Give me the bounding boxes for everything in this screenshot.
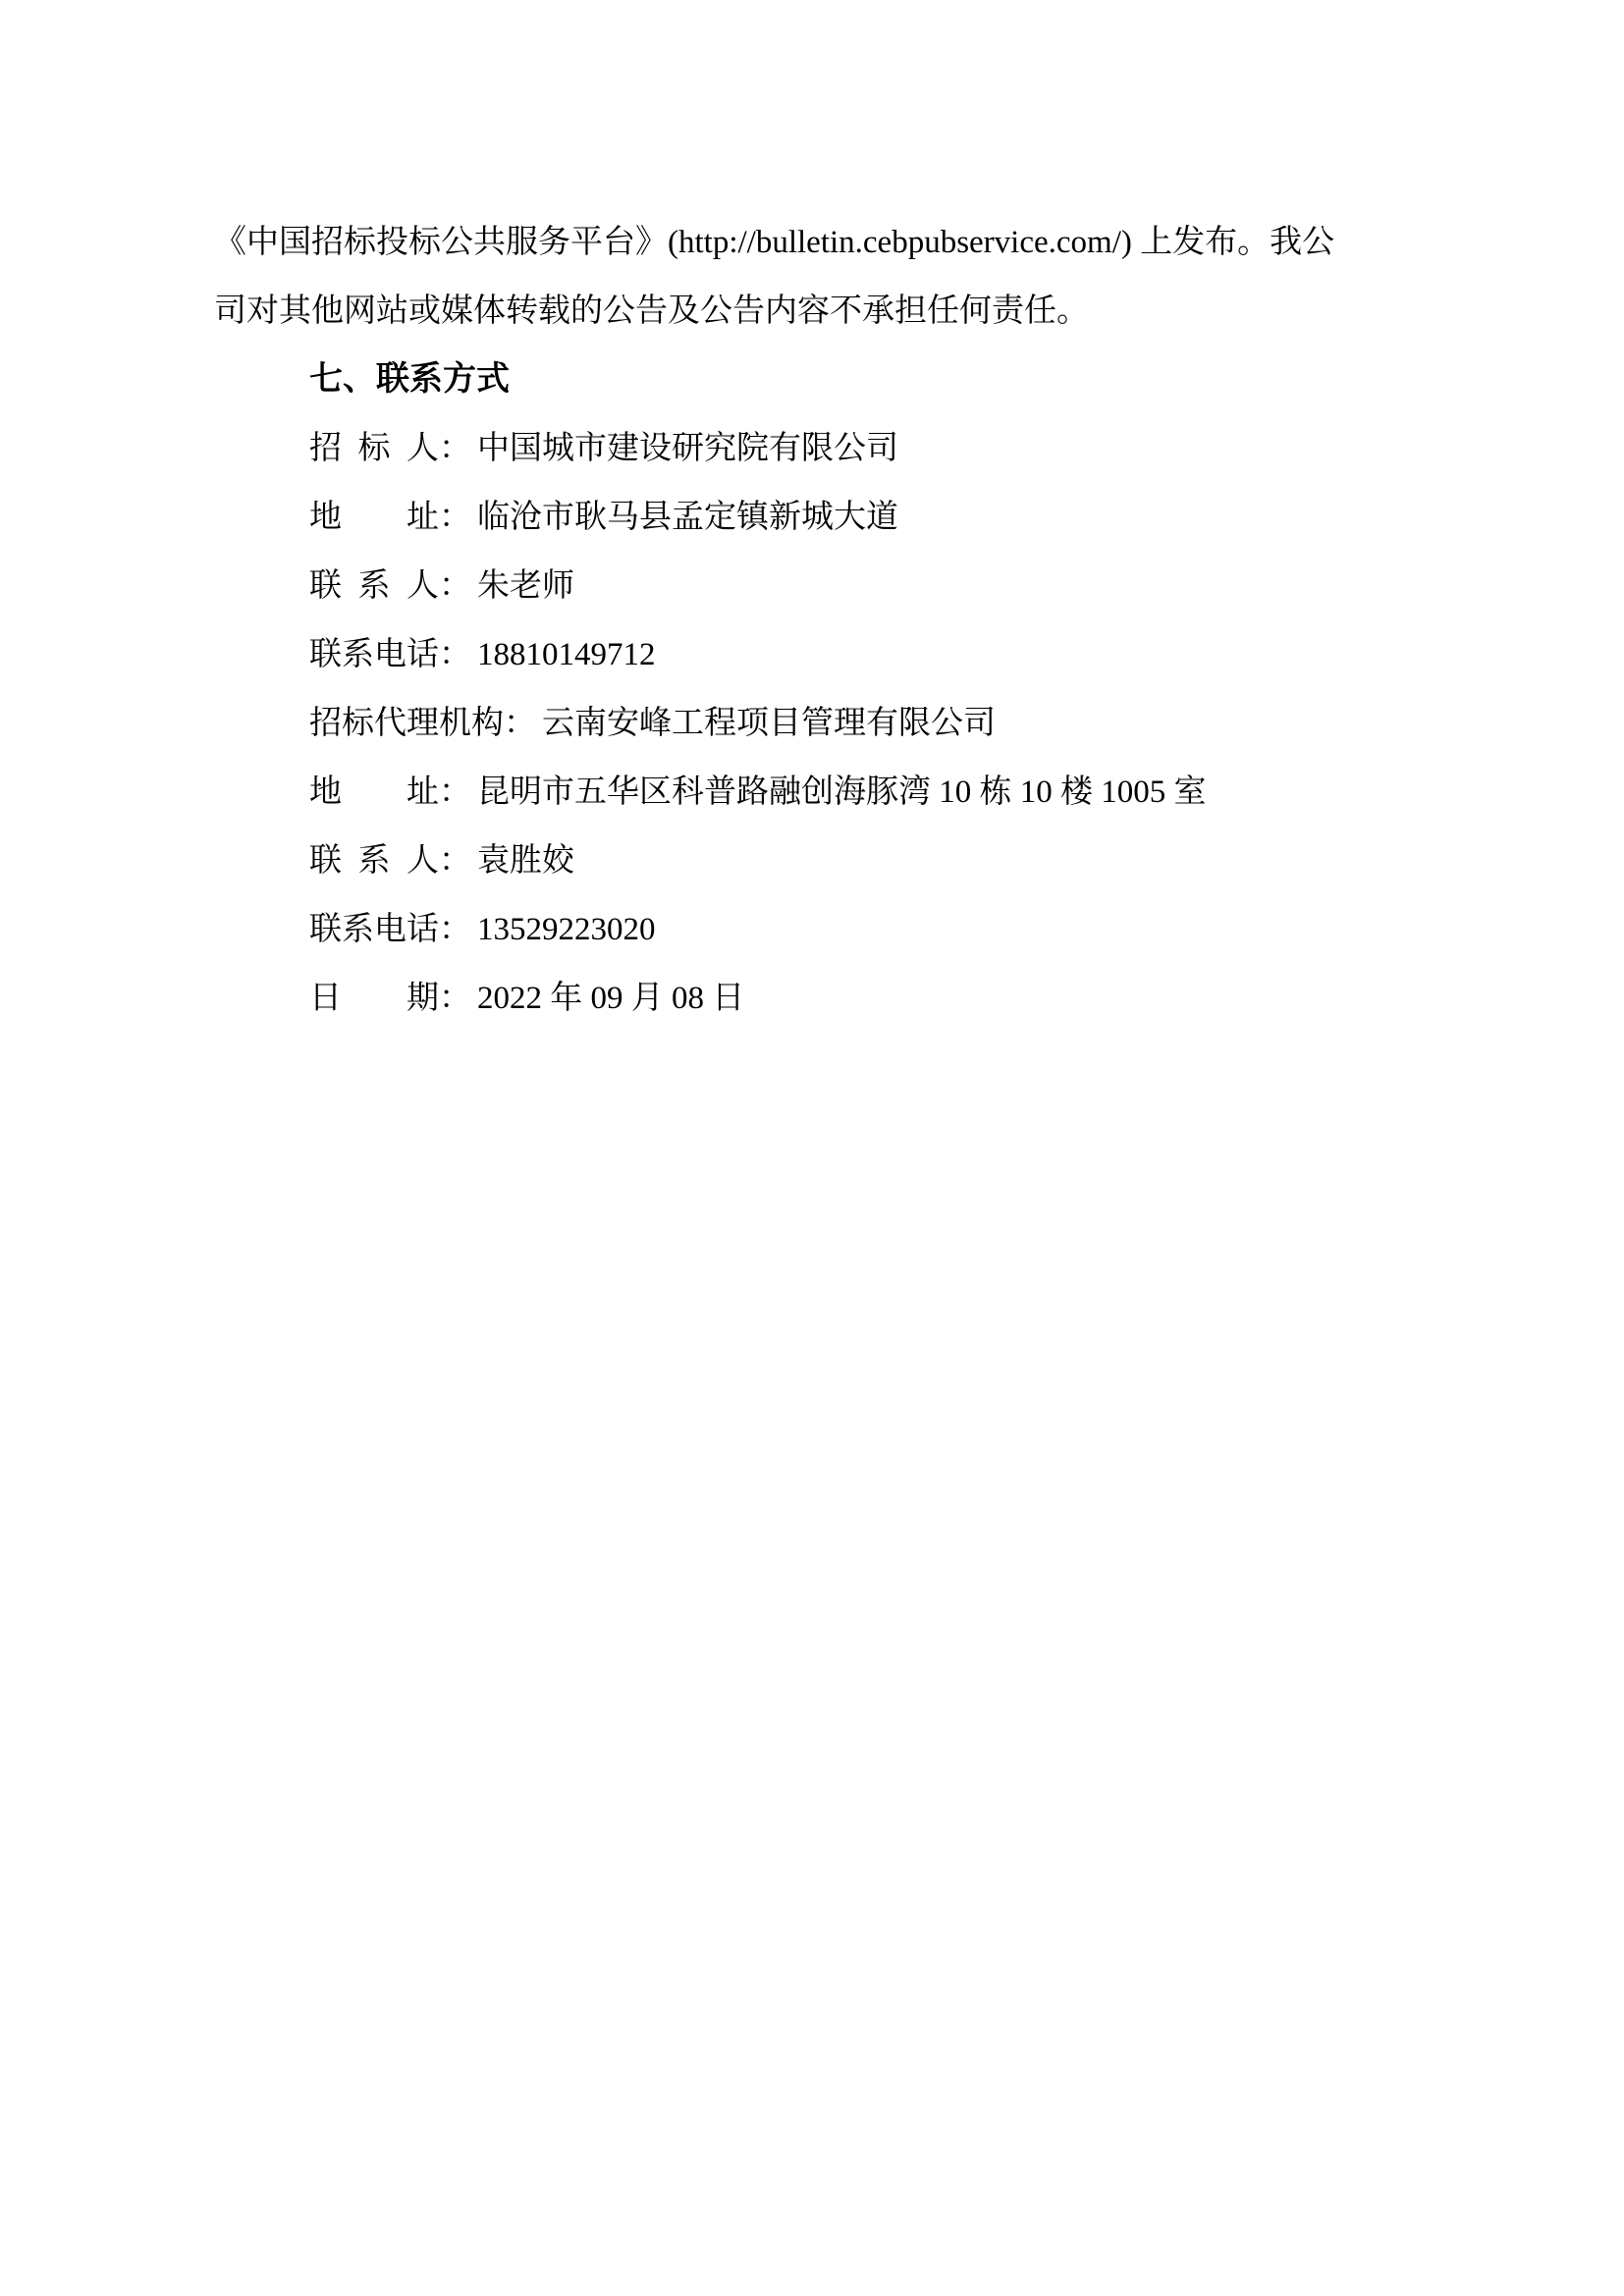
paragraph-line-2: 司对其他网站或媒体转载的公告及公告内容不承担任何责任。	[214, 277, 1314, 346]
contact-label: 招标代理机构	[309, 689, 504, 758]
contact-row-agency: 招标代理机构：云南安峰工程项目管理有限公司	[214, 689, 1314, 758]
contact-value: 18810149712	[471, 637, 656, 672]
contact-colon: ：	[439, 758, 471, 827]
document-page: 《中国招标投标公共服务平台》(http://bulletin.cebpubser…	[0, 0, 1624, 2296]
contact-row-tenderer-address: 地址：临沧市耿马县孟定镇新城大道	[214, 483, 1314, 552]
contact-colon: ：	[439, 414, 471, 483]
contact-label: 联系电话	[309, 620, 439, 689]
contact-row-agency-phone: 联系电话：13529223020	[214, 895, 1314, 964]
contact-colon: ：	[439, 827, 471, 895]
contact-colon: ：	[439, 964, 471, 1033]
contact-label: 联系人	[309, 827, 439, 895]
contact-label: 联系人	[309, 552, 439, 620]
contact-info-block: 招标人：中国城市建设研究院有限公司 地址：临沧市耿马县孟定镇新城大道 联系人：朱…	[214, 414, 1314, 1033]
contact-value: 2022 年 09 月 08 日	[471, 981, 744, 1016]
contact-colon: ：	[504, 689, 536, 758]
contact-label: 地址	[309, 758, 439, 827]
paragraph-line-1: 《中国招标投标公共服务平台》(http://bulletin.cebpubser…	[214, 208, 1314, 277]
contact-colon: ：	[439, 620, 471, 689]
contact-row-agency-person: 联系人：袁胜姣	[214, 827, 1314, 895]
contact-value: 朱老师	[471, 568, 574, 604]
contact-label: 地址	[309, 483, 439, 552]
contact-value: 13529223020	[471, 912, 656, 947]
announcement-paragraph: 《中国招标投标公共服务平台》(http://bulletin.cebpubser…	[214, 208, 1314, 346]
contact-colon: ：	[439, 895, 471, 964]
contact-value: 临沧市耿马县孟定镇新城大道	[471, 500, 898, 535]
section-heading-contact-info: 七、联系方式	[214, 346, 1314, 414]
contact-row-tenderer: 招标人：中国城市建设研究院有限公司	[214, 414, 1314, 483]
contact-value: 中国城市建设研究院有限公司	[471, 431, 898, 466]
contact-row-tenderer-person: 联系人：朱老师	[214, 552, 1314, 620]
contact-value: 云南安峰工程项目管理有限公司	[536, 706, 996, 741]
contact-row-agency-address: 地址：昆明市五华区科普路融创海豚湾 10 栋 10 楼 1005 室	[214, 758, 1314, 827]
contact-label: 日期	[309, 964, 439, 1033]
contact-label: 招标人	[309, 414, 439, 483]
contact-label: 联系电话	[309, 895, 439, 964]
contact-colon: ：	[439, 552, 471, 620]
contact-colon: ：	[439, 483, 471, 552]
contact-value: 袁胜姣	[471, 843, 574, 879]
contact-row-date: 日期：2022 年 09 月 08 日	[214, 964, 1314, 1033]
contact-row-tenderer-phone: 联系电话：18810149712	[214, 620, 1314, 689]
contact-value: 昆明市五华区科普路融创海豚湾 10 栋 10 楼 1005 室	[471, 774, 1207, 810]
document-content: 《中国招标投标公共服务平台》(http://bulletin.cebpubser…	[214, 208, 1314, 1033]
